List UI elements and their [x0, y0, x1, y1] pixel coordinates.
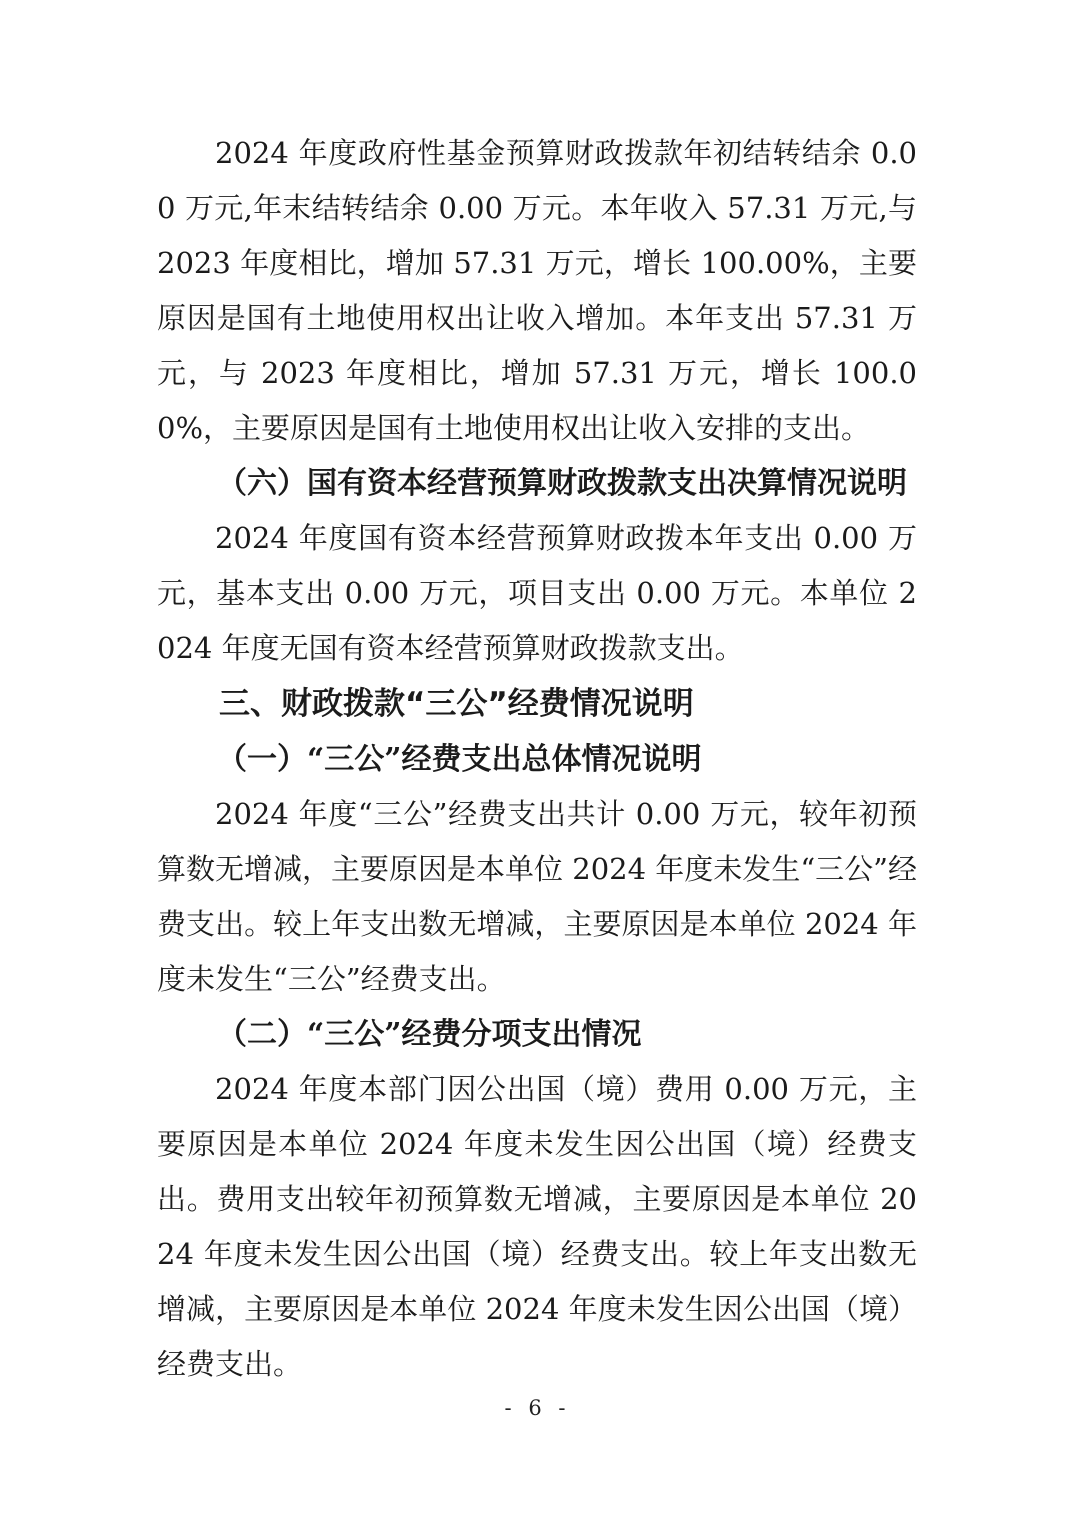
page-number: - 6 - — [0, 1396, 1075, 1420]
paragraph-state-capital-budget: 2024 年度国有资本经营预算财政拨本年支出 0.00 万元，基本支出 0.00… — [157, 511, 917, 676]
heading-part-three-sangong-funds: 三、财政拨款“三公”经费情况说明 — [157, 676, 917, 732]
document-content: 2024 年度政府性基金预算财政拨款年初结转结余 0.00 万元,年末结转结余 … — [157, 126, 917, 1392]
paragraph-abroad-expense: 2024 年度本部门因公出国（境）费用 0.00 万元，主要原因是本单位 202… — [157, 1062, 917, 1392]
paragraph-gov-fund-balance: 2024 年度政府性基金预算财政拨款年初结转结余 0.00 万元,年末结转结余 … — [157, 126, 917, 456]
heading-sub-two-sangong-itemized: （二）“三公”经费分项支出情况 — [157, 1007, 917, 1062]
document-page: 2024 年度政府性基金预算财政拨款年初结转结余 0.00 万元,年末结转结余 … — [0, 0, 1075, 1520]
paragraph-sangong-overall: 2024 年度“三公”经费支出共计 0.00 万元，较年初预算数无增减，主要原因… — [157, 787, 917, 1007]
heading-section-six-state-capital-budget: （六）国有资本经营预算财政拨款支出决算情况说明 — [157, 456, 917, 511]
heading-sub-one-sangong-overall: （一）“三公”经费支出总体情况说明 — [157, 732, 917, 787]
